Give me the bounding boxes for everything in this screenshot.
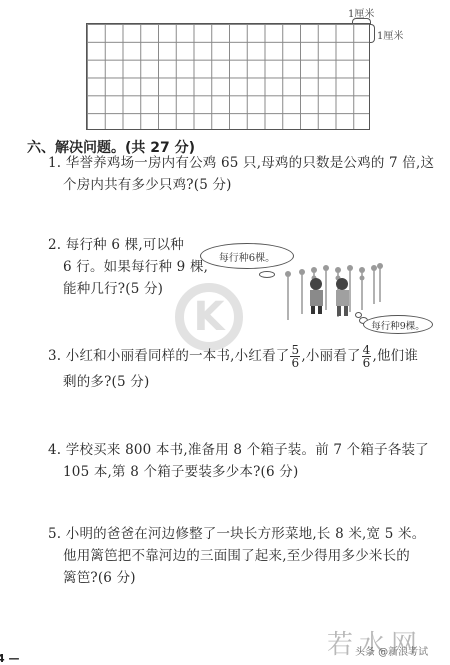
fraction-five-sixths: 56	[290, 344, 300, 369]
question-number: 2.	[48, 237, 61, 253]
unit-label-top: 1厘米	[348, 5, 374, 20]
question-4: 4. 学校买来 800 本书,准备用 8 个箱子装。前 7 个箱子各装了	[48, 439, 429, 461]
question-1: 1. 华誉养鸡场一房内有公鸡 65 只,母鸡的只数是公鸡的 7 倍,这	[48, 152, 434, 174]
fraction-four-sixths: 46	[362, 344, 372, 369]
unit-label-right: 1厘米	[377, 27, 403, 42]
page-number: 4 —	[0, 652, 19, 665]
watermark-source-tag: 头条 @新浪考试	[355, 643, 428, 658]
question-number: 3.	[48, 348, 61, 364]
question-2-line-3: 能种几行?(5 分)	[63, 278, 163, 300]
question-text-line: 学校买来 800 本书,准备用 8 个箱子装。前 7 个箱子各装了	[66, 442, 429, 458]
question-text-line: 小明的爸爸在河边修整了一块长方形菜地,长 8 米,宽 5 米。	[66, 526, 426, 542]
watermark-logo: K	[175, 283, 243, 351]
question-4-line-2: 105 本,第 8 个箱子要装多少本?(6 分)	[63, 461, 298, 483]
question-2-line-2: 6 行。如果每行种 9 棵,	[63, 256, 208, 278]
question-number: 1.	[48, 155, 61, 171]
question-3-line-2: 剩的多?(5 分)	[63, 371, 149, 393]
question-5-line-3: 篱笆?(6 分)	[63, 567, 136, 589]
question-3: 3. 小红和小丽看同样的一本书,小红看了56,小丽看了46,他们谁	[48, 344, 418, 369]
question-2: 2. 每行种 6 棵,可以种	[48, 234, 184, 256]
speech-bubble-2: 每行种9棵。	[363, 315, 433, 334]
kids-planting-trees-illustration	[280, 262, 385, 322]
question-text-line: 每行种 6 棵,可以种	[66, 237, 184, 253]
square-grid	[86, 23, 370, 130]
question-number: 5.	[48, 526, 61, 542]
question-number: 4.	[48, 442, 61, 458]
question-text-line: 华誉养鸡场一房内有公鸡 65 只,母鸡的只数是公鸡的 7 倍,这	[66, 155, 434, 171]
question-text-part: ,他们谁	[372, 348, 418, 364]
question-5-line-2: 他用篱笆把不靠河边的三面围了起来,至少得用多少米长的	[63, 545, 410, 567]
brace-right-icon	[370, 24, 375, 43]
question-1-line-2: 个房内共有多少只鸡?(5 分)	[63, 174, 232, 196]
thought-tail-icon	[259, 271, 275, 278]
question-text-part: 小红和小丽看同样的一本书,小红看了	[66, 348, 290, 364]
question-5: 5. 小明的爸爸在河边修整了一块长方形菜地,长 8 米,宽 5 米。	[48, 523, 425, 545]
question-text-part: ,小丽看了	[301, 348, 360, 364]
